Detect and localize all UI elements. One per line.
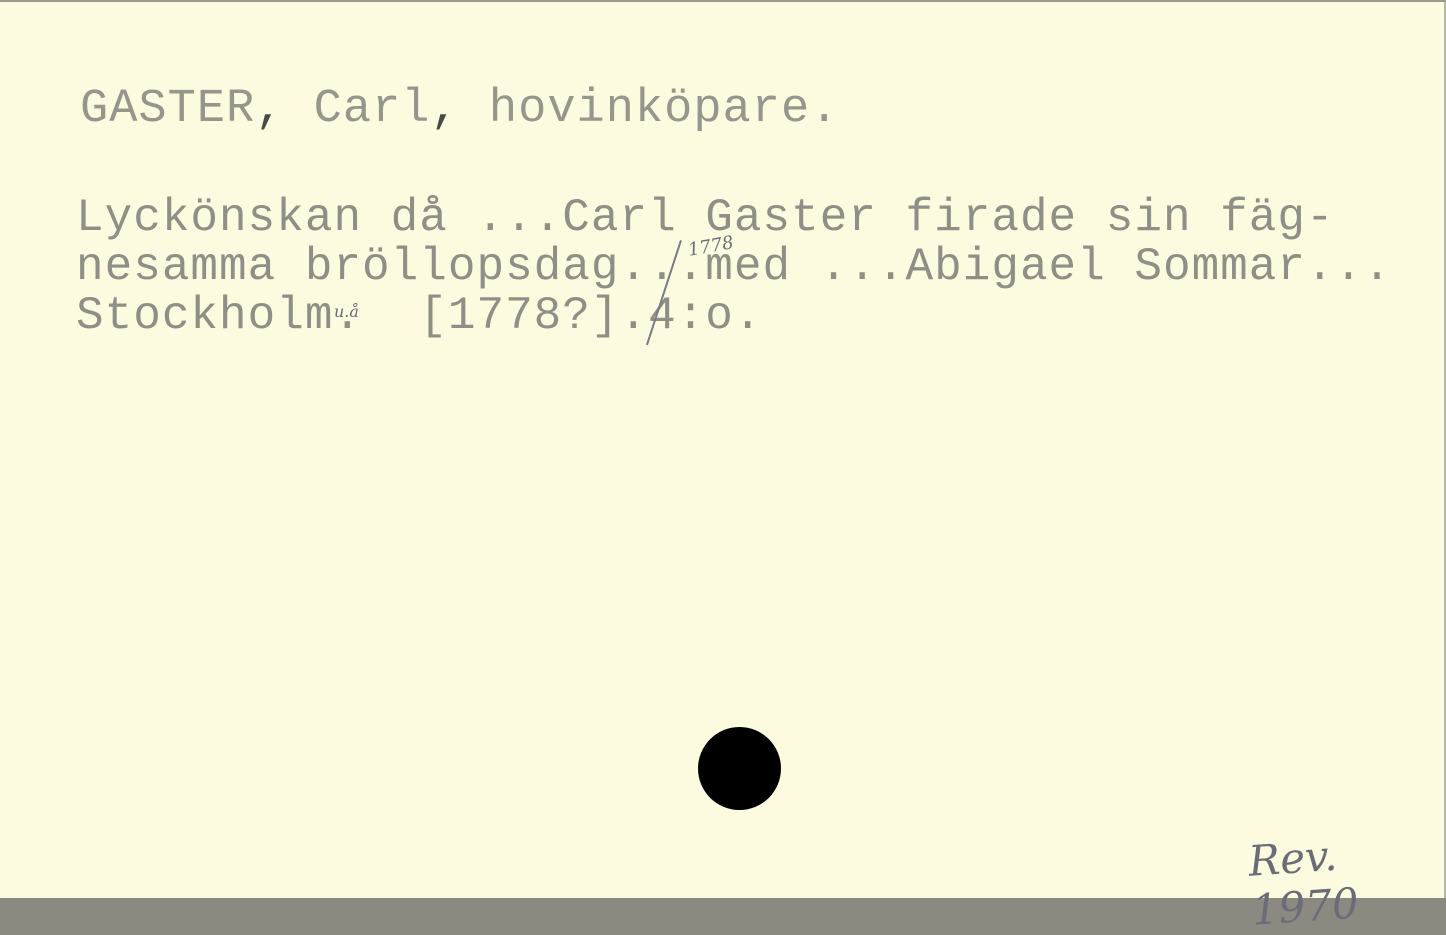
handwritten-insert: u.å (334, 302, 359, 321)
heading-separator: , (255, 83, 313, 136)
heading-forename: Carl (314, 83, 431, 136)
punch-hole (698, 727, 781, 810)
heading-separator: , (430, 83, 488, 136)
heading-surname: GASTER (80, 83, 255, 136)
catalog-card: GASTER, Carl, hovinköpare. Lyckönskan då… (0, 0, 1446, 898)
revision-note: Rev. 1970 (1247, 823, 1446, 898)
heading-occupation: hovinköpare. (489, 83, 839, 136)
entry-line-3: Stockholm. [1778?].4:o. (76, 290, 763, 342)
card-heading: GASTER, Carl, hovinköpare. (80, 82, 839, 138)
